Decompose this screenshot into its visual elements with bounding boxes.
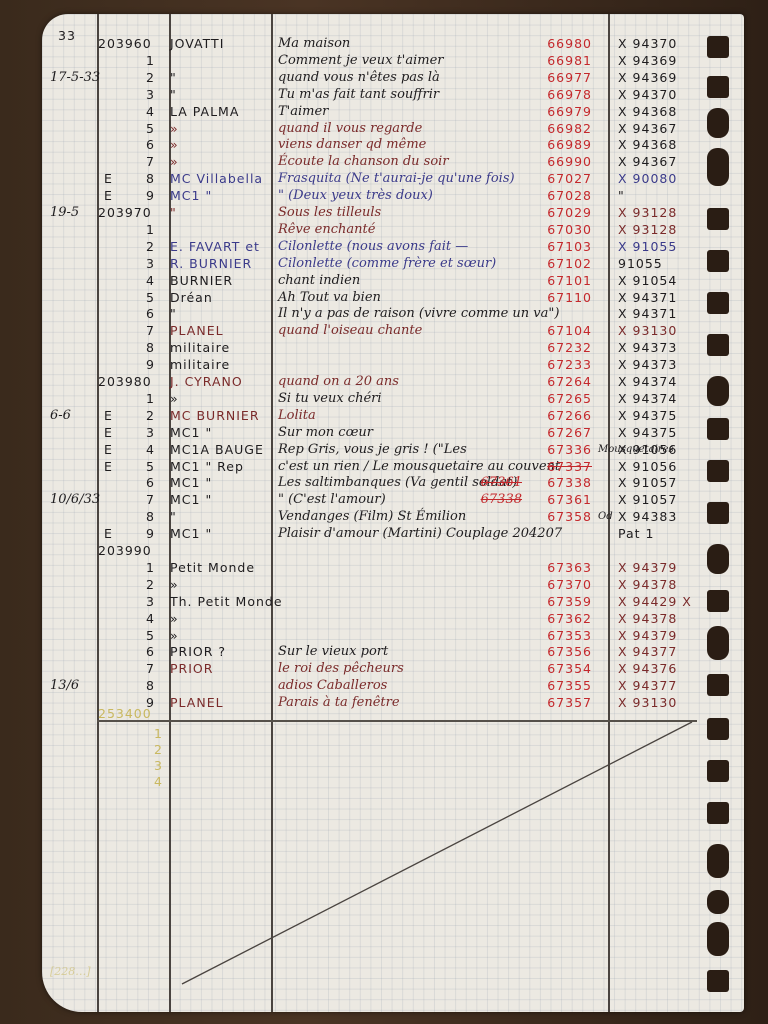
artist-name: MC1 " (170, 475, 212, 491)
punch-hole (707, 334, 729, 356)
punch-hole (707, 844, 729, 878)
ledger-row: 2E. FAVART etCilonlette (nous avons fait… (42, 239, 744, 256)
artist-name: " (170, 87, 177, 103)
catalogue-number: X 94373 (618, 340, 677, 356)
matrix-number: 67370 (482, 577, 592, 593)
ledger-row: E4MC1A BAUGERep Gris, vous je gris ! ("L… (42, 442, 744, 459)
punch-hole (707, 760, 729, 782)
catalogue-number: X 94369 (618, 70, 677, 86)
row-index: 3 (146, 87, 155, 103)
row-index: 2 (146, 239, 155, 255)
matrix-number: 67357 (482, 695, 592, 711)
ledger-row: 5DréanAh Tout va bien67110X 94371 (42, 290, 744, 307)
punch-hole (707, 544, 729, 574)
matrix-number: 66990 (482, 154, 592, 170)
catalogue-number: X 94379 (618, 628, 677, 644)
artist-name: BURNIER (170, 273, 233, 289)
row-index: 4 (146, 104, 155, 120)
artist-name: J. CYRANO (170, 374, 243, 390)
matrix-number: 67030 (482, 222, 592, 238)
matrix-number: 67355 (482, 678, 592, 694)
row-index: 8 (146, 171, 155, 187)
entry-date: 10/6/33 (50, 492, 100, 508)
matrix-number: 67267 (482, 425, 592, 441)
catalogue-number: X 91057 (618, 492, 677, 508)
ledger-row: 2»67370X 94378 (42, 577, 744, 594)
e-mark: E (104, 442, 113, 458)
catalogue-number: X 91055 (618, 239, 677, 255)
matrix-number: 66979 (482, 104, 592, 120)
ledger-row: 1»Si tu veux chéri67265X 94374 (42, 391, 744, 408)
artist-name: " (170, 70, 177, 86)
matrix-number: 67361 (482, 492, 592, 508)
artist-name: MC1A BAUGE (170, 442, 264, 458)
artist-name: » (170, 391, 179, 407)
artist-name: LA PALMA (170, 104, 239, 120)
song-title: Vendanges (Film) St Émilion (278, 509, 466, 525)
punch-hole (707, 802, 729, 824)
artist-name: PRIOR ? (170, 644, 226, 660)
row-index: 3 (146, 256, 155, 272)
matrix-number: 67232 (482, 340, 592, 356)
ledger-row: 13/68adios Caballeros67355X 94377 (42, 678, 744, 695)
matrix-number: 66978 (482, 87, 592, 103)
row-index: 7 (146, 492, 155, 508)
artist-name: PRIOR (170, 661, 213, 677)
row-index: 2 (146, 70, 155, 86)
row-index: 9 (146, 188, 155, 204)
ledger-row: 203980J. CYRANOquand on a 20 ans67264X 9… (42, 374, 744, 391)
row-index: 6 (146, 644, 155, 660)
artist-name: » (170, 577, 179, 593)
song-title: Sur le vieux port (278, 644, 388, 660)
ledger-row: 10/6/337MC1 "" (C'est l'amour)6733867361… (42, 492, 744, 509)
song-title: Cilonlette (comme frère et sœur) (278, 256, 496, 272)
row-index: 3 (146, 425, 155, 441)
punch-hole (707, 626, 729, 660)
ledger-row: 203960JOVATTIMa maison66980X 94370 (42, 36, 744, 53)
e-mark: E (104, 171, 113, 187)
matrix-number: 67101 (482, 273, 592, 289)
catalogue-number: X 94378 (618, 611, 677, 627)
catalogue-number: X 91057 (618, 475, 677, 491)
ledger-row: 4LA PALMAT'aimer66979X 94368 (42, 104, 744, 121)
matrix-number: 66981 (482, 53, 592, 69)
catalogue-number: " (618, 188, 625, 204)
catalogue-number: X 94368 (618, 137, 677, 153)
next-block-index: 4 (154, 774, 163, 790)
artist-name: Petit Monde (170, 560, 255, 576)
ledger-row: 19-5203970"Sous les tilleuls67029X 93128 (42, 205, 744, 222)
matrix-number: 67336 (482, 442, 592, 458)
song-title: quand il vous regarde (278, 121, 422, 137)
song-title: quand vous n'êtes pas là (278, 70, 440, 86)
ledger-row: 8militaire67232X 94373 (42, 340, 744, 357)
faint-footer-note: [228…] (50, 964, 91, 980)
artist-name: PLANEL (170, 323, 224, 339)
song-title: Rêve enchanté (278, 222, 375, 238)
matrix-number: 67027 (482, 171, 592, 187)
catalogue-number: X 94374 (618, 391, 677, 407)
punch-hole (707, 418, 729, 440)
ledger-row: 3R. BURNIERCilonlette (comme frère et sœ… (42, 256, 744, 273)
ledger-row: E5MC1 " Repc'est un rien / Le mousquetai… (42, 459, 744, 476)
catalogue-number: 91055 (618, 256, 663, 272)
artist-name: militaire (170, 357, 230, 373)
matrix-number: 67102 (482, 256, 592, 272)
entry-date: 13/6 (50, 678, 79, 694)
ledger-row: 9militaire67233X 94373 (42, 357, 744, 374)
punch-hole (707, 36, 729, 58)
song-title: T'aimer (278, 104, 328, 120)
punch-hole (707, 674, 729, 696)
next-block-index: 2 (154, 742, 163, 758)
e-mark: E (104, 188, 113, 204)
ledger-row: 17-5-332"quand vous n'êtes pas là66977X … (42, 70, 744, 87)
row-index: 2 (146, 408, 155, 424)
ledger-row: 6PRIOR ?Sur le vieux port67356X 94377 (42, 644, 744, 661)
song-title: quand on a 20 ans (278, 374, 399, 390)
catalogue-number: X 90080 (618, 171, 677, 187)
matrix-number: 67362 (482, 611, 592, 627)
artist-name: " (170, 509, 177, 525)
row-index: 7 (146, 323, 155, 339)
margin-note: Od (598, 509, 613, 525)
e-mark: E (104, 408, 113, 424)
artist-name: " (170, 306, 177, 322)
punch-hole (707, 376, 729, 406)
song-title: Sur mon cœur (278, 425, 373, 441)
e-mark: E (104, 526, 113, 542)
catalogue-number: X 94429 X (618, 594, 692, 610)
song-title: Plaisir d'amour (Martini) Couplage 20420… (278, 526, 562, 542)
entry-date: 19-5 (50, 205, 79, 221)
catalogue-number: X 94376 (618, 661, 677, 677)
catalogue-number: X 94378 (618, 577, 677, 593)
punch-hole (707, 108, 729, 138)
matrix-number: 67337 (482, 459, 592, 475)
artist-name: MC1 " (170, 492, 212, 508)
row-index: 8 (146, 340, 155, 356)
catalogue-number: X 94368 (618, 104, 677, 120)
ledger-row: 6"Il n'y a pas de raison (vivre comme un… (42, 306, 744, 323)
punch-hole (707, 148, 729, 186)
catalogue-number: X 91054 (618, 273, 677, 289)
artist-name: » (170, 121, 179, 137)
matrix-number: 66982 (482, 121, 592, 137)
row-index: 7 (146, 154, 155, 170)
catalogue-number: X 93130 (618, 695, 677, 711)
entry-date: 6-6 (50, 408, 71, 424)
punch-hole (707, 718, 729, 740)
catalogue-number: X 94375 (618, 408, 677, 424)
punch-hole (707, 590, 729, 612)
punch-hole (707, 208, 729, 230)
artist-name: MC1 " (170, 188, 212, 204)
catalogue-number: X 93128 (618, 205, 677, 221)
catalogue-number: X 94379 (618, 560, 677, 576)
row-index: 7 (146, 661, 155, 677)
punch-hole (707, 890, 729, 914)
artist-name: militaire (170, 340, 230, 356)
catalogue-number: X 91056 (618, 459, 677, 475)
row-index: 9 (146, 526, 155, 542)
artist-name: MC1 " (170, 425, 212, 441)
artist-name: E. FAVART et (170, 239, 260, 255)
ledger-row: 1Comment je veux t'aimer66981X 94369 (42, 53, 744, 70)
matrix-number: 67029 (482, 205, 592, 221)
artist-name: MC1 " Rep (170, 459, 244, 475)
ledger-row: 1Petit Monde67363X 94379 (42, 560, 744, 577)
matrix-number: 67353 (482, 628, 592, 644)
row-index: 1 (146, 391, 155, 407)
punch-hole (707, 292, 729, 314)
matrix-number: 67266 (482, 408, 592, 424)
row-index: 8 (146, 678, 155, 694)
catalogue-number: X 94377 (618, 678, 677, 694)
ledger-row: 7»Écoute la chanson du soir66990X 94367 (42, 154, 744, 171)
song-title: Il n'y a pas de raison (vivre comme un v… (278, 306, 559, 322)
e-mark: E (104, 459, 113, 475)
matrix-number: 67356 (482, 644, 592, 660)
row-index: 5 (146, 121, 155, 137)
song-title: Si tu veux chéri (278, 391, 382, 407)
ledger-row: 8"Vendanges (Film) St Émilion67358OdX 94… (42, 509, 744, 526)
matrix-number: 67338 (482, 475, 592, 491)
matrix-number: 67103 (482, 239, 592, 255)
song-title: Ah Tout va bien (278, 290, 381, 306)
ledger-row: 3Th. Petit Monde67359X 94429 X (42, 594, 744, 611)
song-title: quand l'oiseau chante (278, 323, 422, 339)
row-index: 1 (146, 222, 155, 238)
punch-hole (707, 250, 729, 272)
song-title: Écoute la chanson du soir (278, 154, 449, 170)
song-title: adios Caballeros (278, 678, 387, 694)
catalogue-number: X 94371 (618, 290, 677, 306)
artist-name: » (170, 137, 179, 153)
ledger-row: 7PRIORle roi des pêcheurs67354X 94376 (42, 661, 744, 678)
ledger-page: 33 203960JOVATTIMa maison66980X 943701Co… (42, 14, 744, 1012)
ledger-row: 7PLANELquand l'oiseau chante67104X 93130 (42, 323, 744, 340)
artist-name: MC Villabella (170, 171, 263, 187)
song-title: Comment je veux t'aimer (278, 53, 444, 69)
catalogue-number: X 94367 (618, 154, 677, 170)
song-title: Tu m'as fait tant souffrir (278, 87, 439, 103)
song-title: " (Deux yeux très doux) (278, 188, 433, 204)
ledger-row: 203990 (42, 543, 744, 560)
matrix-number: 67110 (482, 290, 592, 306)
ledger-row: 4»67362X 94378 (42, 611, 744, 628)
punch-hole (707, 970, 729, 992)
row-index: 5 (146, 628, 155, 644)
catalogue-number: X 94370 (618, 36, 677, 52)
row-index: 1 (146, 560, 155, 576)
song-title: Ma maison (278, 36, 350, 52)
record-number: 203980 (98, 374, 152, 390)
song-title: le roi des pêcheurs (278, 661, 404, 677)
song-title: Sous les tilleuls (278, 205, 381, 221)
catalogue-number: X 91056 (618, 442, 677, 458)
row-index: 6 (146, 137, 155, 153)
catalogue-number: X 94373 (618, 357, 677, 373)
ledger-row: 3"Tu m'as fait tant souffrir66978X 94370 (42, 87, 744, 104)
ledger-row: 6MC1 "Les saltimbanques (Va gentil solda… (42, 475, 744, 492)
punch-hole (707, 460, 729, 482)
song-title: " (C'est l'amour) (278, 492, 386, 508)
song-title: Parais à ta fenêtre (278, 695, 400, 711)
catalogue-number: X 94377 (618, 644, 677, 660)
row-index: 5 (146, 459, 155, 475)
matrix-number: 67233 (482, 357, 592, 373)
artist-name: Dréan (170, 290, 213, 306)
row-index: 4 (146, 611, 155, 627)
artist-name: Th. Petit Monde (170, 594, 283, 610)
matrix-number: 67359 (482, 594, 592, 610)
row-index: 9 (146, 357, 155, 373)
artist-name: JOVATTI (170, 36, 224, 52)
matrix-number: 67028 (482, 188, 592, 204)
matrix-number: 67104 (482, 323, 592, 339)
record-number: 203990 (98, 543, 152, 559)
catalogue-number: X 93130 (618, 323, 677, 339)
ledger-row: E8MC VillabellaFrasquita (Ne t'aurai-je … (42, 171, 744, 188)
matrix-number: 67354 (482, 661, 592, 677)
artist-name: » (170, 628, 179, 644)
matrix-number: 66989 (482, 137, 592, 153)
entry-date: 17-5-33 (50, 70, 100, 86)
catalogue-number: X 94371 (618, 306, 677, 322)
catalogue-number: X 94367 (618, 121, 677, 137)
row-index: 8 (146, 509, 155, 525)
artist-name: PLANEL (170, 695, 224, 711)
song-title: Cilonlette (nous avons fait — (278, 239, 468, 255)
catalogue-number: X 94383 (618, 509, 677, 525)
artist-name: » (170, 611, 179, 627)
matrix-number: 66977 (482, 70, 592, 86)
catalogue-number: X 94374 (618, 374, 677, 390)
artist-name: " (170, 205, 177, 221)
matrix-number: 67265 (482, 391, 592, 407)
punch-hole (707, 922, 729, 956)
matrix-number: 67363 (482, 560, 592, 576)
ledger-row: E3MC1 "Sur mon cœur67267X 94375 (42, 425, 744, 442)
ledger-row: E9MC1 "Plaisir d'amour (Martini) Couplag… (42, 526, 744, 543)
matrix-number: 66980 (482, 36, 592, 52)
next-block-index: 1 (154, 726, 163, 742)
artist-name: » (170, 154, 179, 170)
record-number: 203960 (98, 36, 152, 52)
row-index: 1 (146, 53, 155, 69)
punch-hole (707, 76, 729, 98)
song-title: Rep Gris, vous je gris ! ("Les (278, 442, 467, 458)
artist-name: R. BURNIER (170, 256, 252, 272)
catalogue-number: X 94375 (618, 425, 677, 441)
row-index: 4 (146, 442, 155, 458)
catalogue-number: Pat 1 (618, 526, 654, 542)
ledger-row: 5»quand il vous regarde66982X 94367 (42, 121, 744, 138)
row-index: 5 (146, 290, 155, 306)
song-title: Frasquita (Ne t'aurai-je qu'une fois) (278, 171, 515, 187)
row-index: 4 (146, 273, 155, 289)
record-number: 203970 (98, 205, 152, 221)
row-index: 2 (146, 577, 155, 593)
ledger-row: 6-6E2MC BURNIERLolita67266X 94375 (42, 408, 744, 425)
next-block-number: 253400 (98, 706, 152, 722)
row-index: 3 (146, 594, 155, 610)
ledger-row: 1Rêve enchanté67030X 93128 (42, 222, 744, 239)
punch-hole (707, 502, 729, 524)
ledger-row: E9MC1 "" (Deux yeux très doux)67028" (42, 188, 744, 205)
ledger-row: 4BURNIERchant indien67101X 91054 (42, 273, 744, 290)
ledger-row: 6»viens danser qd même66989X 94368 (42, 137, 744, 154)
ledger-row: 5»67353X 94379 (42, 628, 744, 645)
song-title: chant indien (278, 273, 360, 289)
artist-name: MC1 " (170, 526, 212, 542)
song-title: viens danser qd même (278, 137, 426, 153)
row-index: 6 (146, 475, 155, 491)
row-index: 6 (146, 306, 155, 322)
e-mark: E (104, 425, 113, 441)
next-block-index: 3 (154, 758, 163, 774)
matrix-number: 67358 (482, 509, 592, 525)
matrix-number: 67264 (482, 374, 592, 390)
artist-name: MC BURNIER (170, 408, 260, 424)
catalogue-number: X 94370 (618, 87, 677, 103)
catalogue-number: X 93128 (618, 222, 677, 238)
catalogue-number: X 94369 (618, 53, 677, 69)
song-title: Lolita (278, 408, 316, 424)
